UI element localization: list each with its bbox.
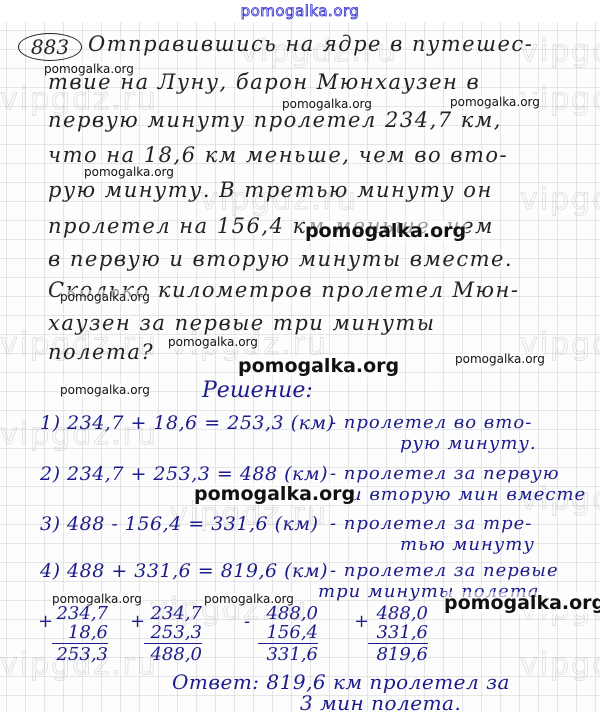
- overlay-watermark: pomogalka.org: [44, 62, 134, 76]
- operand-b: 18,6: [52, 623, 108, 642]
- column-calculation: + 234,7 18,6 253,3: [52, 604, 108, 664]
- overlay-watermark: pomogalka.org: [282, 97, 372, 111]
- problem-number: 883: [18, 33, 82, 61]
- background-watermark: vipgdz.ru: [520, 647, 600, 682]
- solution-step-4: 4) 488 + 331,6 = 819,6 (км): [40, 560, 328, 582]
- solution-step-2-note: - пролетел за первую: [330, 463, 560, 484]
- operand-b: 156,4: [258, 623, 318, 642]
- overlay-watermark: pomogalka.org: [60, 290, 150, 304]
- solution-step-4-note: - пролетел за первые: [330, 560, 559, 581]
- result: 488,0: [144, 645, 202, 664]
- operand-a: 488,0: [258, 604, 318, 623]
- overlay-watermark: pomogalka.org: [194, 483, 355, 505]
- solution-step-2: 2) 234,7 + 253,3 = 488 (км): [40, 463, 328, 485]
- operator: +: [38, 612, 53, 631]
- operand-a: 234,7: [52, 604, 108, 623]
- overlay-watermark: pomogalka.org: [305, 220, 466, 242]
- overlay-watermark: pomogalka.org: [455, 352, 545, 366]
- overlay-watermark: pomogalka.org: [450, 95, 540, 109]
- result: 331,6: [258, 645, 318, 664]
- column-calculation: + 488,0 331,6 819,6: [368, 604, 428, 664]
- operator: +: [354, 612, 369, 631]
- overlay-watermark: pomogalka.org: [238, 355, 399, 377]
- problem-line: полета?: [48, 340, 154, 364]
- result: 253,3: [52, 645, 108, 664]
- answer-line: 3 мин полета.: [300, 691, 461, 712]
- overlay-watermark: pomogalka.org: [204, 592, 294, 606]
- solution-step-1-note: - пролетел во вто-: [330, 412, 532, 433]
- header-site-watermark: pomogalka.org: [0, 2, 600, 20]
- background-watermark: vipgdz.ru: [520, 182, 600, 217]
- result: 819,6: [368, 645, 428, 664]
- overlay-watermark: pomogalka.org: [52, 592, 142, 606]
- column-calculation: - 488,0 156,4 331,6: [258, 604, 318, 664]
- solution-step-1-note: рую минуту.: [400, 433, 537, 454]
- problem-line: что на 18,6 км меньше, чем во вто-: [48, 143, 508, 167]
- operator: -: [244, 612, 250, 631]
- overlay-watermark: pomogalka.org: [444, 592, 600, 614]
- problem-line: в первую и вторую минуты вместе.: [48, 247, 513, 271]
- problem-line: рую минуту. В третью минуту он: [48, 178, 493, 202]
- operand-a: 234,7: [144, 604, 202, 623]
- operand-a: 488,0: [368, 604, 428, 623]
- operator: +: [130, 612, 145, 631]
- problem-line: Отправившись на ядре в путешес-: [88, 32, 533, 56]
- solution-step-2-note: и вторую мин вместе: [350, 484, 586, 505]
- operand-b: 253,3: [144, 623, 202, 642]
- solution-step-3-note: тью минуту: [400, 534, 535, 555]
- operand-b: 331,6: [368, 623, 428, 642]
- solution-heading: Решение:: [202, 378, 313, 403]
- problem-line: хаузен за первые три минуты: [48, 311, 435, 335]
- solution-step-3-note: - пролетел за тре-: [330, 513, 532, 534]
- solution-step-1: 1) 234,7 + 18,6 = 253,3 (км): [40, 412, 335, 434]
- overlay-watermark: pomogalka.org: [168, 335, 258, 349]
- problem-line: первую минуту пролетел 234,7 км,: [48, 108, 502, 132]
- solution-step-3: 3) 488 - 156,4 = 331,6 (км): [40, 513, 319, 535]
- column-calculation: + 234,7 253,3 488,0: [144, 604, 202, 664]
- overlay-watermark: pomogalka.org: [84, 165, 174, 179]
- overlay-watermark: pomogalka.org: [60, 383, 150, 397]
